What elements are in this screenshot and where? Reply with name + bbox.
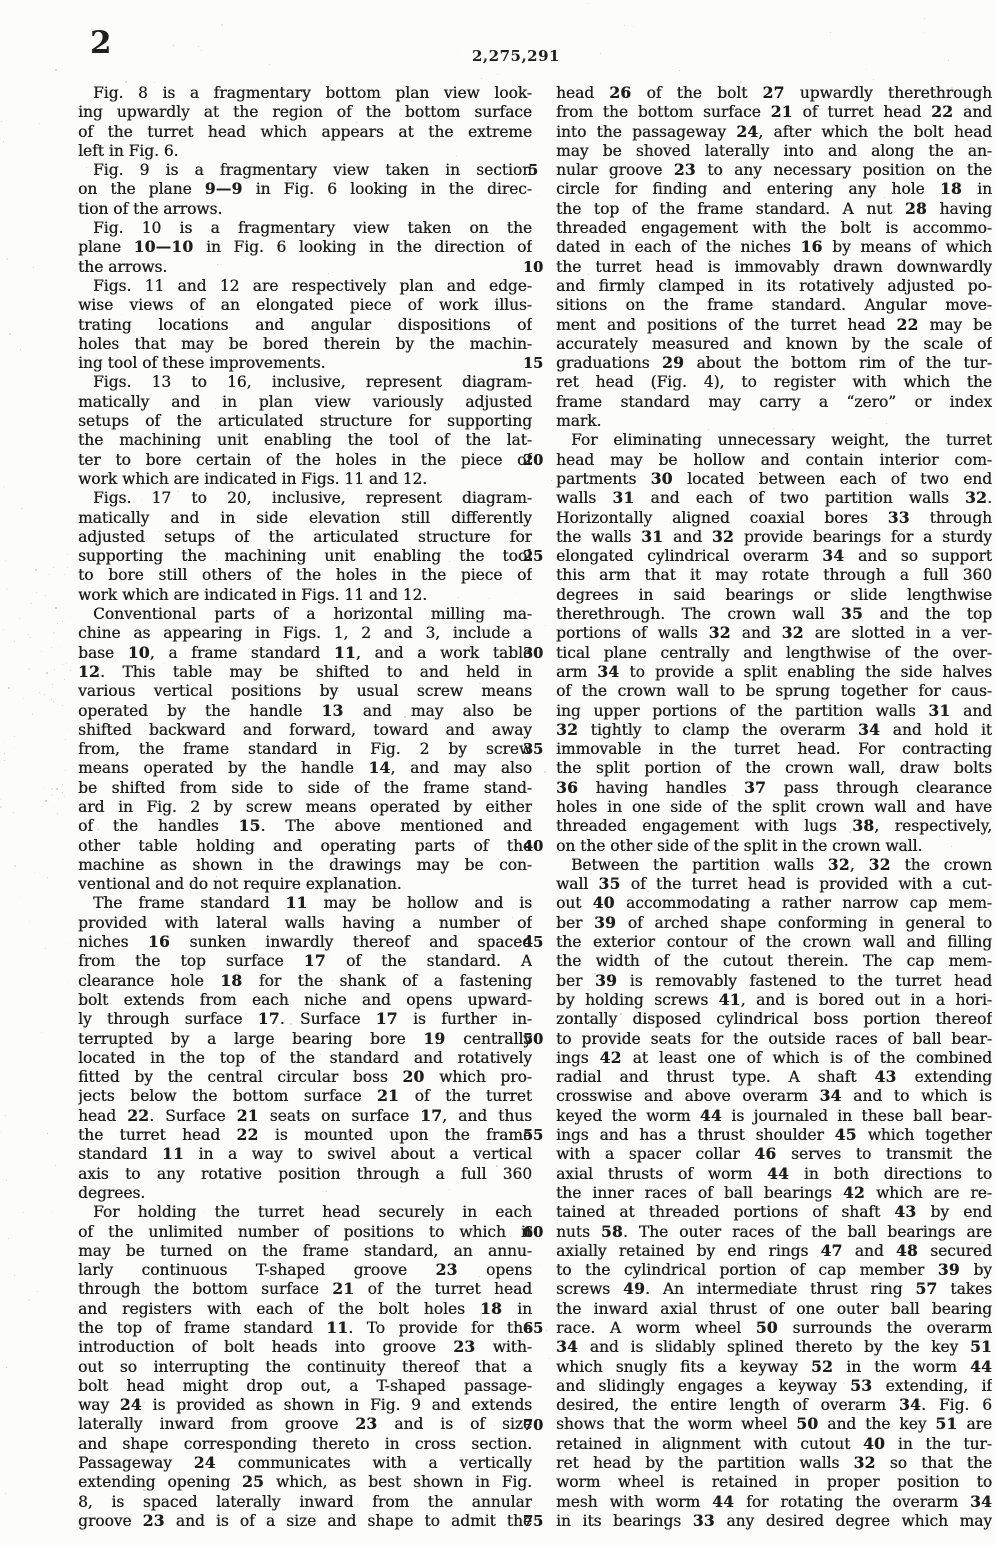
text-line: ard in Fig. 2 by screw means operated by… [78, 798, 532, 817]
text-line: Fig. 8 is a fragmentary bottom plan view… [78, 84, 532, 103]
text-line: partments 30 located between each of two… [556, 470, 992, 489]
text-line: The frame standard 11 may be hollow and … [78, 894, 532, 913]
text-line: machine as shown in the drawings may be … [78, 856, 532, 875]
text-line: from, the frame standard in Fig. 2 by sc… [78, 740, 532, 759]
text-line: circle for finding and entering any hole… [556, 180, 992, 199]
text-line: screws 49. An intermediate thrust ring 5… [556, 1280, 992, 1299]
text-line: mark. [556, 412, 992, 431]
text-line: ter to bore certain of the holes in the … [78, 451, 532, 470]
text-line: ing upwardly at the region of the bottom… [78, 103, 532, 122]
text-line: ret head (Fig. 4), to register with whic… [556, 373, 992, 392]
text-line: nuts 58. The outer races of the ball bea… [556, 1223, 992, 1242]
text-line: head 22. Surface 21 seats on surface 17,… [78, 1107, 532, 1126]
text-line: on the other side of the split in the cr… [556, 837, 992, 856]
text-line: head may be hollow and contain interior … [556, 451, 992, 470]
text-line: shows that the worm wheel 50 and the key… [556, 1415, 992, 1434]
text-line: axially retained by end rings 47 and 48 … [556, 1242, 992, 1261]
text-line: provided with lateral walls having a num… [78, 914, 532, 933]
text-line: from the bottom surface 21 of turret hea… [556, 103, 992, 122]
text-line: accurately measured and known by the sca… [556, 335, 992, 354]
patent-page: 2 2,275,291 Fig. 8 is a fragmentary bott… [0, 0, 996, 1545]
text-line: larly continuous T-shaped groove 23 open… [78, 1261, 532, 1280]
text-line: threaded engagement with lugs 38, respec… [556, 817, 992, 836]
text-line: be shifted from side to side of the fram… [78, 779, 532, 798]
text-line: worm wheel is retained in proper positio… [556, 1473, 992, 1492]
text-line: setups of the articulated structure for … [78, 412, 532, 431]
text-line: wall 35 of the turret head is provided w… [556, 875, 992, 894]
text-line: For holding the turret head securely in … [78, 1203, 532, 1222]
text-line: on the plane 9—9 in Fig. 6 looking in th… [78, 180, 532, 199]
text-line: base 10, a frame standard 11, and a work… [78, 644, 532, 663]
text-line: out 40 accommodating a rather narrow cap… [556, 894, 992, 913]
text-line: race. A worm wheel 50 surrounds the over… [556, 1319, 992, 1338]
text-line: ing tool of these improvements. [78, 354, 532, 373]
text-line: sitions on the frame standard. Angular m… [556, 296, 992, 315]
text-line: matically and in plan view variously adj… [78, 393, 532, 412]
text-line: of the crown wall to be sprung together … [556, 682, 992, 701]
text-line: the turret head is immovably drawn downw… [556, 258, 992, 277]
text-line: ings and has a thrust shoulder 45 which … [556, 1126, 992, 1145]
text-line: crosswise and above overarm 34 and to wh… [556, 1087, 992, 1106]
text-line: terrupted by a large bearing bore 19 cen… [78, 1030, 532, 1049]
text-line: Figs. 11 and 12 are respectively plan an… [78, 277, 532, 296]
text-line: the width of the cutout therein. The cap… [556, 952, 992, 971]
text-line: bolt extends from each niche and opens u… [78, 991, 532, 1010]
text-line: plane 10—10 in Fig. 6 looking in the dir… [78, 238, 532, 257]
text-line: from the top surface 17 of the standard.… [78, 952, 532, 971]
text-line: the walls 31 and 32 provide bearings for… [556, 528, 992, 547]
text-line: Figs. 13 to 16, inclusive, represent dia… [78, 373, 532, 392]
text-line: shifted backward and forward, toward and… [78, 721, 532, 740]
text-line: work which are indicated in Figs. 11 and… [78, 586, 532, 605]
text-line: tained at threaded portions of shaft 43 … [556, 1203, 992, 1222]
text-line: of the unlimited number of positions to … [78, 1223, 532, 1242]
text-line: supporting the machining unit enabling t… [78, 547, 532, 566]
text-line: 32 tightly to clamp the overarm 34 and h… [556, 721, 992, 740]
text-line: groove 23 and is of a size and shape to … [78, 1512, 532, 1531]
text-line: trating locations and angular dispositio… [78, 316, 532, 335]
text-line: ment and positions of the turret head 22… [556, 316, 992, 335]
text-line: by holding screws 41, and is bored out i… [556, 991, 992, 1010]
text-line: the inward axial thrust of one outer bal… [556, 1300, 992, 1319]
text-line: introduction of bolt heads into groove 2… [78, 1338, 532, 1357]
text-line: of the handles 15. The above mentioned a… [78, 817, 532, 836]
text-line: the inner races of ball bearings 42 whic… [556, 1184, 992, 1203]
text-line: 36 having handles 37 pass through cleara… [556, 779, 992, 798]
text-line: work which are indicated in Figs. 11 and… [78, 470, 532, 489]
text-line: may be turned on the frame standard, an … [78, 1242, 532, 1261]
text-line: immovable in the turret head. For contra… [556, 740, 992, 759]
text-line: 8, is spaced laterally inward from the a… [78, 1493, 532, 1512]
text-line: holes that may be bored therein by the m… [78, 335, 532, 354]
text-line: tical plane centrally and lengthwise of … [556, 644, 992, 663]
text-line: radial and thrust type. A shaft 43 exten… [556, 1068, 992, 1087]
text-line: For eliminating unnecessary weight, the … [556, 431, 992, 450]
text-line: degrees in said bearings or slide length… [556, 586, 992, 605]
text-line: ing upper portions of the partition wall… [556, 702, 992, 721]
text-line: portions of walls 32 and 32 are slotted … [556, 624, 992, 643]
text-line: may be shoved laterally into and along t… [556, 142, 992, 161]
text-line: this arm that it may rotate through a fu… [556, 566, 992, 585]
text-line: ly through surface 17. Surface 17 is fur… [78, 1010, 532, 1029]
text-line: 12. This table may be shifted to and hel… [78, 663, 532, 682]
text-line: out so interrupting the continuity there… [78, 1358, 532, 1377]
text-line: head 26 of the bolt 27 upwardly therethr… [556, 84, 992, 103]
text-line: various vertical positions by usual scre… [78, 682, 532, 701]
text-line: and shape corresponding thereto in cross… [78, 1435, 532, 1454]
text-line: fitted by the central circular boss 20 w… [78, 1068, 532, 1087]
left-text-column: Fig. 8 is a fragmentary bottom plan view… [78, 84, 532, 1531]
text-line: extending opening 25 which, as best show… [78, 1473, 532, 1492]
text-line: walls 31 and each of two partition walls… [556, 489, 992, 508]
text-line: 34 and is slidably splined thereto by th… [556, 1338, 992, 1357]
text-line: which snugly fits a keyway 52 in the wor… [556, 1358, 992, 1377]
text-line: to bore still others of the holes in the… [78, 566, 532, 585]
text-line: dated in each of the niches 16 by means … [556, 238, 992, 257]
text-line: Fig. 9 is a fragmentary view taken in se… [78, 161, 532, 180]
text-line: tion of the arrows. [78, 200, 532, 219]
text-line: Between the partition walls 32, 32 the c… [556, 856, 992, 875]
text-line: elongated cylindrical overarm 34 and so … [556, 547, 992, 566]
text-line: axis to any rotative position through a … [78, 1165, 532, 1184]
text-line: nular groove 23 to any necessary positio… [556, 161, 992, 180]
text-line: located in the top of the standard and r… [78, 1049, 532, 1068]
text-line: arm 34 to provide a split enabling the s… [556, 663, 992, 682]
text-line: through the bottom surface 21 of the tur… [78, 1280, 532, 1299]
text-line: jects below the bottom surface 21 of the… [78, 1087, 532, 1106]
text-line: ings 42 at least one of which is of the … [556, 1049, 992, 1068]
text-line: desired, the entire length of overarm 34… [556, 1396, 992, 1415]
text-line: and slidingly engages a keyway 53 extend… [556, 1377, 992, 1396]
text-line: chine as appearing in Figs. 1, 2 and 3, … [78, 624, 532, 643]
text-line: Fig. 10 is a fragmentary view taken on t… [78, 219, 532, 238]
text-line: keyed the worm 44 is journaled in these … [556, 1107, 992, 1126]
text-line: ret head by the partition walls 32 so th… [556, 1454, 992, 1473]
text-line: the top of the frame standard. A nut 28 … [556, 200, 992, 219]
text-line: bolt head might drop out, a T-shaped pas… [78, 1377, 532, 1396]
text-line: in its bearings 33 any desired degree wh… [556, 1512, 992, 1531]
text-line: clearance hole 18 for the shank of a fas… [78, 972, 532, 991]
right-text-column: head 26 of the bolt 27 upwardly therethr… [556, 84, 992, 1531]
text-line: and firmly clamped in its rotatively adj… [556, 277, 992, 296]
text-line: holes in one side of the split crown wal… [556, 798, 992, 817]
text-line: the machining unit enabling the tool of … [78, 431, 532, 450]
text-line: ber 39 is removably fastened to the turr… [556, 972, 992, 991]
patent-number: 2,275,291 [416, 47, 616, 65]
text-line: Figs. 17 to 20, inclusive, represent dia… [78, 489, 532, 508]
text-line: ventional and do not require explanation… [78, 875, 532, 894]
text-line: operated by the handle 13 and may also b… [78, 702, 532, 721]
text-line: to provide seats for the outside races o… [556, 1030, 992, 1049]
text-line: ber 39 of arched shape conforming in gen… [556, 914, 992, 933]
text-line: Horizontally aligned coaxial bores 33 th… [556, 509, 992, 528]
text-line: mesh with worm 44 for rotating the overa… [556, 1493, 992, 1512]
text-line: the top of frame standard 11. To provide… [78, 1319, 532, 1338]
text-line: other table holding and operating parts … [78, 837, 532, 856]
text-line: with a spacer collar 46 serves to transm… [556, 1145, 992, 1164]
text-line: Conventional parts of a horizontal milli… [78, 605, 532, 624]
text-line: the turret head 22 is mounted upon the f… [78, 1126, 532, 1145]
text-line: the exterior contour of the crown wall a… [556, 933, 992, 952]
text-line: threaded engagement with the bolt is acc… [556, 219, 992, 238]
text-line: of the turret head which appears at the … [78, 123, 532, 142]
text-line: zontally disposed cylindrical boss porti… [556, 1010, 992, 1029]
text-line: degrees. [78, 1184, 532, 1203]
text-line: way 24 is provided as shown in Fig. 9 an… [78, 1396, 532, 1415]
text-line: Passageway 24 communicates with a vertic… [78, 1454, 532, 1473]
text-line: to the cylindrical portion of cap member… [556, 1261, 992, 1280]
text-line: wise views of an elongated piece of work… [78, 296, 532, 315]
text-line: means operated by the handle 14, and may… [78, 759, 532, 778]
text-line: therethrough. The crown wall 35 and the … [556, 605, 992, 624]
text-line: left in Fig. 6. [78, 142, 532, 161]
text-line: axial thrusts of worm 44 in both directi… [556, 1165, 992, 1184]
text-line: adjusted setups of the articulated struc… [78, 528, 532, 547]
page-number: 2 [90, 28, 112, 59]
text-line: the arrows. [78, 258, 532, 277]
text-line: laterally inward from groove 23 and is o… [78, 1415, 532, 1434]
text-line: matically and in side elevation still di… [78, 509, 532, 528]
text-line: standard 11 in a way to swivel about a v… [78, 1145, 532, 1164]
text-line: into the passageway 24, after which the … [556, 123, 992, 142]
text-line: retained in alignment with cutout 40 in … [556, 1435, 992, 1454]
text-line: graduations 29 about the bottom rim of t… [556, 354, 992, 373]
text-line: the split portion of the crown wall, dra… [556, 759, 992, 778]
text-line: frame standard may carry a “zero” or ind… [556, 393, 992, 412]
text-line: niches 16 sunken inwardly thereof and sp… [78, 933, 532, 952]
text-line: and registers with each of the bolt hole… [78, 1300, 532, 1319]
